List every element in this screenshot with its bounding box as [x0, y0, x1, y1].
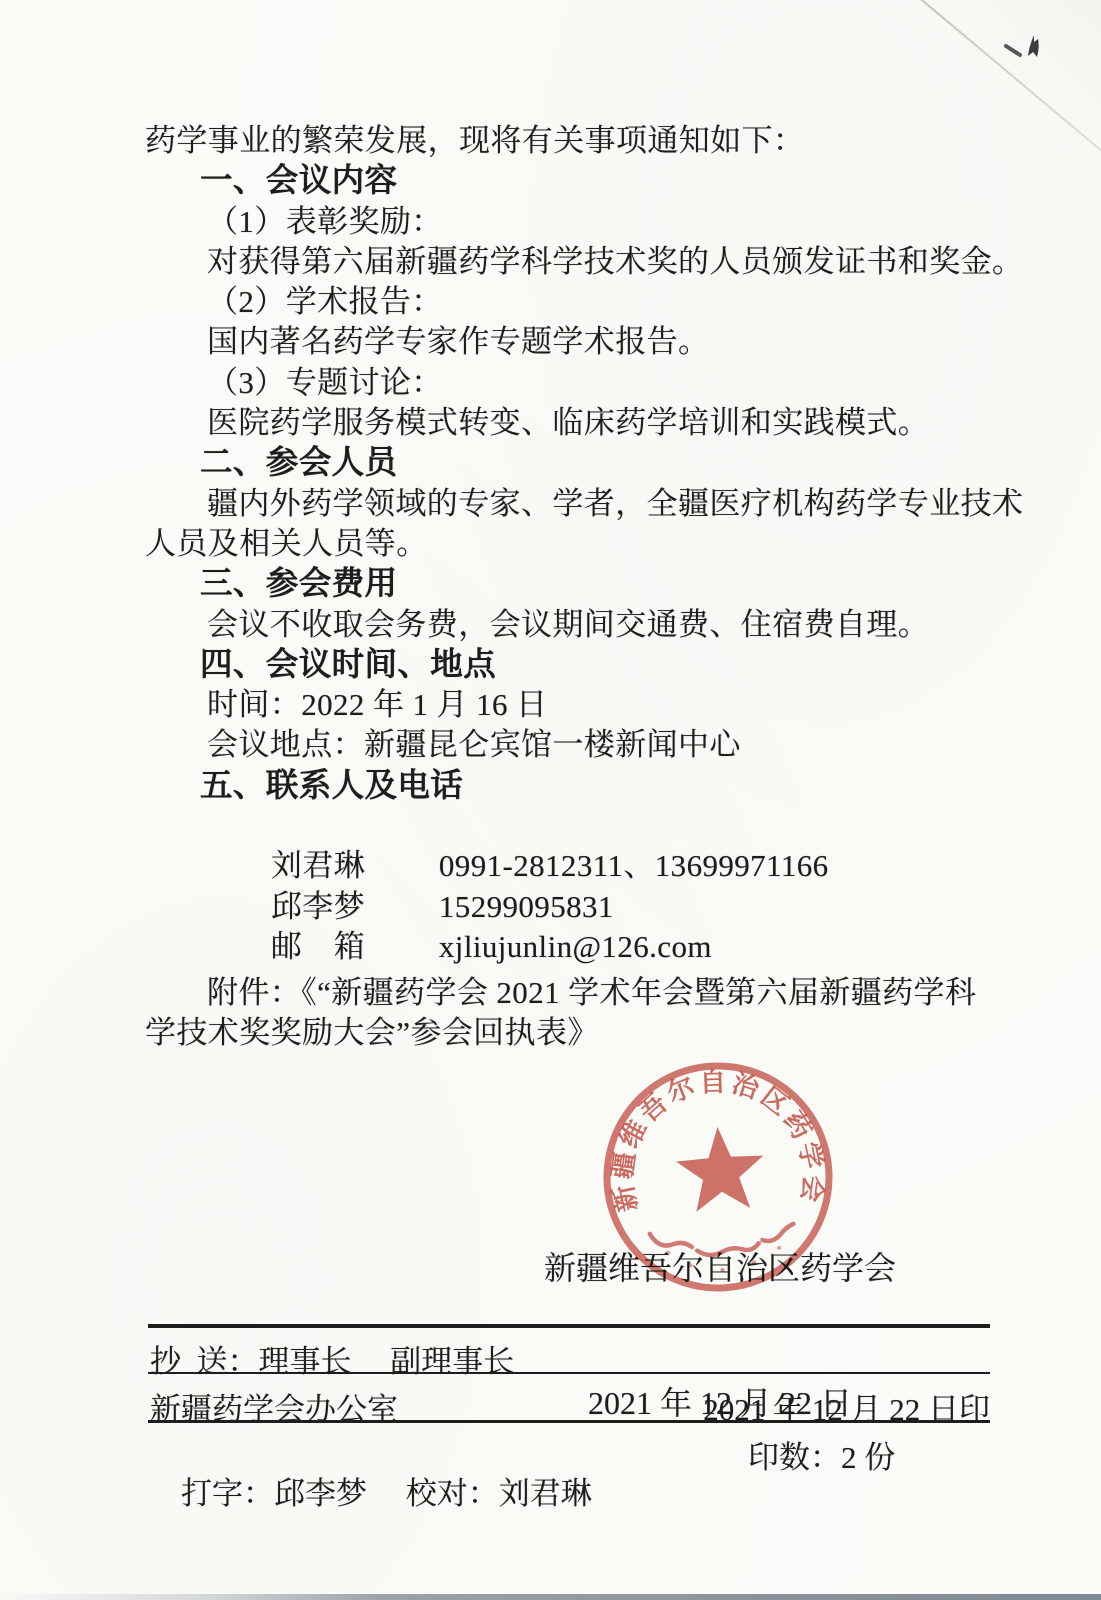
section-heading-1: 一、会议内容 [0, 161, 1101, 201]
doc-line: 会议不收取会务费，会议期间交通费、住宿费自理。 [0, 605, 1101, 645]
doc-line: 疆内外药学领域的专家、学者，全疆医疗机构药学专业技术 [0, 484, 1101, 524]
cc-row: 抄 送：理事长 副理事长 [150, 1336, 990, 1381]
doc-line: （2）学术报告： [0, 282, 1101, 322]
contact-name: 刘君琳 [271, 846, 439, 886]
contact-phone: 15299095831 [439, 889, 614, 924]
doc-line: 会议地点：新疆昆仑宾馆一楼新闻中心 [0, 725, 1101, 765]
section-heading-3: 三、参会费用 [0, 564, 1101, 604]
seal-speckles [666, 1243, 782, 1276]
ink-mark [998, 33, 1050, 65]
doc-line: 对获得第六届新疆药学科学技术奖的人员颁发证书和奖金。 [0, 242, 1101, 282]
attachment-line-2: 学技术奖奖励大会”参会回执表》 [0, 1013, 1101, 1053]
document-body: 药学事业的繁荣发展，现将有关事项通知如下： 一、会议内容 （1）表彰奖励： 对获… [0, 121, 1101, 1054]
doc-line: 医院药学服务模式转变、临床药学培训和实践模式。 [0, 403, 1101, 443]
doc-line: （1）表彰奖励： [0, 202, 1101, 242]
scan-bottom-edge [0, 1594, 1101, 1600]
doc-line: 人员及相关人员等。 [0, 524, 1101, 564]
doc-line: 药学事业的繁荣发展，现将有关事项通知如下： [0, 121, 1101, 161]
doc-line: 国内著名药学专家作专题学术报告。 [0, 322, 1101, 362]
contact-name: 邱李梦 [271, 887, 439, 927]
footer-rule-middle [148, 1372, 990, 1374]
section-heading-2: 二、参会人员 [0, 443, 1101, 483]
contact-phone: 0991-2812311、13699971166 [439, 848, 829, 883]
contact-email: xjliujunlin@126.com [439, 929, 712, 964]
attachment-line-1: 附件：《“新疆药学会 2021 学术年会暨第六届新疆药学科 [0, 973, 1101, 1013]
scanned-notice-page: 药学事业的繁荣发展，现将有关事项通知如下： 一、会议内容 （1）表彰奖励： 对获… [0, 0, 1101, 1600]
doc-line: 时间：2022 年 1 月 16 日 [0, 685, 1101, 725]
section-heading-5: 五、联系人及电话 [0, 766, 1101, 806]
seal-bottom-script [650, 1224, 795, 1259]
seal-star-icon [674, 1124, 767, 1213]
doc-line: （3）专题讨论： [0, 363, 1101, 403]
typist-proofreader: 打字：邱李梦 校对：刘君琳 [181, 1476, 592, 1511]
copy-count: 印数：2 份 [748, 1432, 895, 1477]
footer-rule-top [148, 1324, 990, 1328]
footer-rule-bottom [148, 1420, 990, 1423]
print-info-row: 打字：邱李梦 校对：刘君琳 印数：2 份 [150, 1432, 990, 1585]
official-seal-stamp: 新疆维吾尔自治区药学会 [579, 1038, 857, 1316]
contact-row-liu: 刘君琳0991-2812311、13699971166 [0, 806, 1101, 846]
section-heading-4: 四、会议时间、地点 [0, 645, 1101, 685]
contact-name: 邮 箱 [271, 927, 439, 967]
